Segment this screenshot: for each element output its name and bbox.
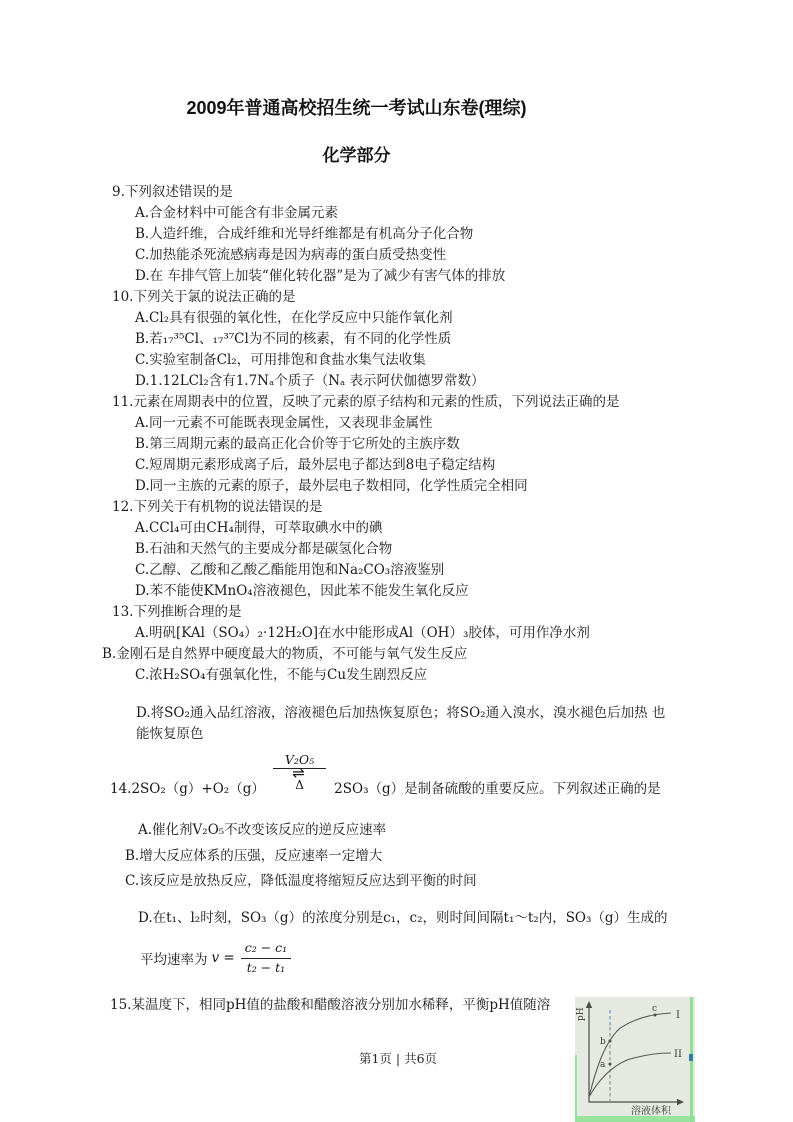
q12-option-b: B.石油和天然气的主要成分都是碳氢化合物 — [102, 539, 694, 560]
q9-option-d: D.在 车排气管上加装“催化转化器”是为了减少有害气体的排放 — [102, 266, 694, 287]
point-b-dot — [609, 1040, 612, 1043]
q14-option-a: A.催化剂V₂O₅不改变该反应的逆反应速率 — [102, 820, 694, 841]
q9-option-c: C.加热能杀死流感病毒是因为病毒的蛋白质受热变性 — [102, 245, 694, 266]
point-c-label: c — [652, 1004, 657, 1014]
exam-page: 2009年普通高校招生统一考试山东卷(理综) 化学部分 9.下列叙述错误的是 A… — [0, 0, 793, 1122]
q9-option-b: B.人造纤维，合成纤维和光导纤维都是有机高分子化合物 — [102, 224, 694, 245]
q12-option-d: D.苯不能使KMnO₄溶液褪色，因此苯不能发生氧化反应 — [102, 581, 694, 602]
ph-dilution-chart: pH 溶液体积 b a c I II — [575, 997, 695, 1122]
q10-option-b: B.若₁₇³⁵Cl、₁₇³⁷Cl为不同的核素，有不同的化学性质 — [102, 329, 694, 350]
q13-option-a: A.明矾[KAl（SO₄）₂·12H₂O]在水中能形成Al（OH）₃胶体，可用作… — [102, 623, 694, 644]
q14-equation: 14.2SO₂（g）+O₂（g） V₂O₅ ⇌ Δ 2SO₃（g）是制备硫酸的重… — [102, 745, 694, 797]
point-b-label: b — [600, 1037, 606, 1047]
rate-prefix: 平均速率为 — [140, 948, 208, 968]
q11-option-c: C.短周期元素形成离子后，最外层电子都达到8电子稳定结构 — [102, 455, 694, 476]
q9-stem: 9.下列叙述错误的是 — [102, 182, 694, 203]
q14-rate-formula: 平均速率为 v = c₂ − c₁ t₂ − t₁ — [102, 936, 694, 980]
rate-fraction-numerator: c₂ − c₁ — [241, 940, 291, 958]
q10-stem: 10.下列关于氯的说法正确的是 — [102, 287, 694, 308]
q9-option-a: A.合金材料中可能含有非金属元素 — [102, 203, 694, 224]
curve-I-label: I — [676, 1010, 680, 1021]
exam-body: 9.下列叙述错误的是 A.合金材料中可能含有非金属元素 B.人造纤维，合成纤维和… — [102, 182, 694, 1069]
delta-label: Δ — [295, 779, 304, 792]
y-axis-label: pH — [576, 1007, 586, 1021]
q11-option-d: D.同一主族的元素的原子，最外层电子数相同，化学性质完全相同 — [102, 476, 694, 497]
equilibrium-condition: V₂O₅ ⇌ Δ — [273, 754, 326, 793]
q13-option-d: D.将SO₂通入品红溶液，溶液褪色后加热恢复原色；将SO₂通入溴水，溴水褪色后加… — [102, 703, 668, 745]
q10-option-a: A.Cl₂具有很强的氧化性，在化学反应中只能作氧化剂 — [102, 308, 694, 329]
curve-II-label: II — [674, 1049, 682, 1060]
q12-stem: 12.下列关于有机物的说法错误的是 — [102, 497, 694, 518]
rate-variable: v = — [212, 950, 235, 966]
q14-option-c: C.该反应是放热反应，降低温度将缩短反应达到平衡的时间 — [102, 871, 694, 892]
q15-stem: 15.某温度下，相同pH值的盐酸和醋酸溶液分别加水稀释，平衡pH值随溶 — [102, 995, 572, 1016]
rate-fraction-denominator: t₂ − t₁ — [241, 959, 291, 976]
q13-stem: 13.下列推断合理的是 — [102, 602, 694, 623]
q10-option-c: C.实验室制备Cl₂，可用排饱和食盐水集气法收集 — [102, 350, 694, 371]
q11-stem: 11.元素在周期表中的位置，反映了元素的原子结构和元素的性质，下列说法正确的是 — [102, 392, 694, 413]
page-title: 2009年普通高校招生统一考试山东卷(理综) — [0, 95, 753, 121]
q12-option-c: C.乙醇、乙酸和乙酸乙酯能用饱和Na₂CO₃溶液鉴别 — [102, 560, 694, 581]
q14-equation-right: 2SO₃（g）是制备硫酸的重要反应。下列叙述正确的是 — [334, 777, 660, 797]
x-axis-label: 溶液体积 — [631, 1104, 672, 1117]
scan-green-strip-left — [575, 1055, 577, 1122]
q13-option-b: B.金刚石是自然界中硬度最大的物质，不可能与氧气发生反应 — [102, 644, 694, 665]
point-a-dot — [609, 1063, 612, 1066]
rate-fraction: c₂ − c₁ t₂ − t₁ — [241, 940, 291, 976]
page-subtitle: 化学部分 — [0, 143, 753, 169]
point-a-label: a — [600, 1060, 606, 1070]
scan-teal-mark — [689, 1054, 693, 1061]
q14-equation-left: 14.2SO₂（g）+O₂（g） — [110, 777, 265, 797]
q10-option-d: D.1.12LCl₂含有1.7Nₐ个质子（Nₐ 表示阿伏伽德罗常数） — [102, 371, 694, 392]
q12-option-a: A.CCl₄可由CH₄制得，可萃取碘水中的碘 — [102, 518, 694, 539]
q14-option-d: D.在t₁、l₂时刻，SO₃（g）的浓度分别是c₁，c₂，则时间间隔t₁～t₂内… — [102, 908, 694, 929]
q11-option-b: B.第三周期元素的最高正化合价等于它所处的主族序数 — [102, 434, 694, 455]
q14-option-b: B.增大反应体系的压强，反应速率一定增大 — [102, 846, 694, 867]
q15-figure: pH 溶液体积 b a c I II — [575, 997, 695, 1122]
q13-option-c: C.浓H₂SO₄有强氧化性，不能与Cu发生剧烈反应 — [102, 665, 694, 686]
q11-option-a: A.同一元素不可能既表现金属性，又表现非金属性 — [102, 413, 694, 434]
